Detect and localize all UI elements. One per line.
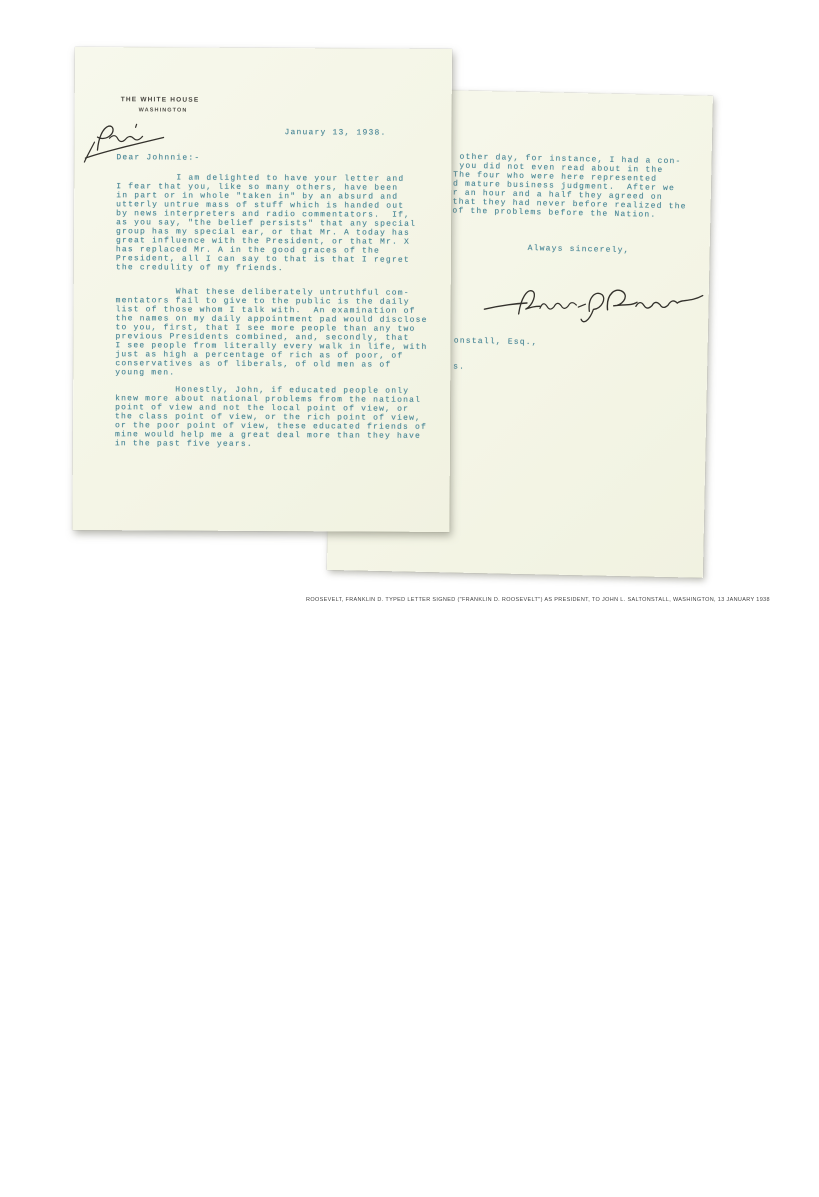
letterhead-washington: WASHINGTON: [139, 107, 188, 113]
body-paragraph-2: What these deliberately untruthful com- …: [115, 287, 428, 379]
body-paragraph-1: I am delighted to have your letter and I…: [116, 173, 417, 274]
letterhead-white-house: THE WHITE HOUSE: [121, 96, 200, 103]
catalog-caption: ROOSEVELT, FRANKLIN D. TYPED LETTER SIGN…: [306, 597, 698, 603]
letter-photograph: other day, for instance, I had a con- yo…: [0, 0, 819, 1197]
recipient-address-fragment-2: s.: [453, 362, 465, 371]
fdr-signature-handwriting: [482, 281, 705, 330]
closing-line: Always sincerely,: [528, 244, 630, 255]
body-paragraph-3: Honestly, John, if educated people only …: [115, 385, 427, 450]
date-line: January 13, 1938.: [285, 128, 387, 138]
page2-body-fragments: other day, for instance, I had a con- yo…: [452, 152, 687, 220]
recipient-address-fragment-1: onstall, Esq.,: [454, 337, 538, 348]
salutation: Dear Johnnie:-: [116, 153, 200, 162]
letter-page-1: THE WHITE HOUSE WASHINGTON January 13, 1…: [72, 47, 452, 532]
